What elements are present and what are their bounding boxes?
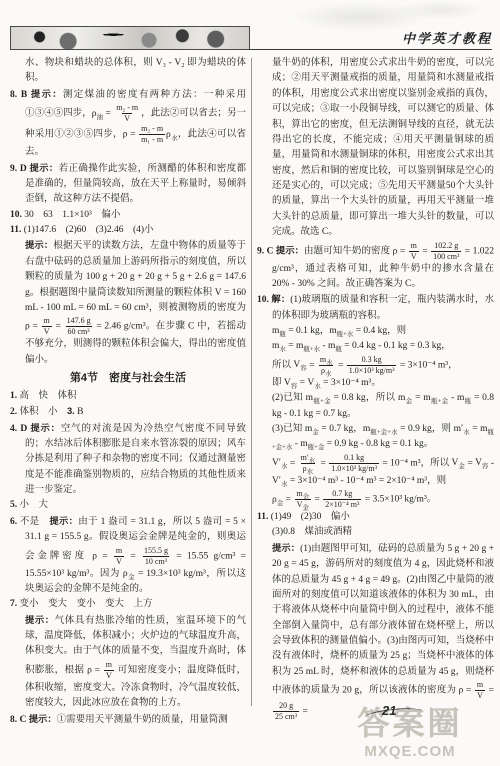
scan-smudge xyxy=(395,0,485,20)
bold-text: 3. xyxy=(67,406,75,416)
fraction: m水ρ水 xyxy=(318,355,335,376)
fraction: 0.1 kg1.0×10³ kg/m³ xyxy=(329,453,379,474)
left-column: 水、物块和蜡块的总体积，则 V₃ - V₂ 即为蜡块的体积。8. B 提示：测定… xyxy=(10,56,246,766)
item-number: 4. D xyxy=(10,424,30,434)
item-number: 11. xyxy=(257,512,271,522)
header-rule: 中学英才教程 xyxy=(250,21,492,50)
subscripted-symbol: m金 xyxy=(398,393,412,403)
bold-text: 提示： xyxy=(276,245,304,255)
answer-paragraph: 5. 小 大 xyxy=(10,498,246,513)
answer-paragraph: m水 = m瓶+水 - m瓶 = 0.4 kg - 0.1 kg = 0.3 k… xyxy=(257,339,494,354)
page-number: 21 xyxy=(382,703,396,718)
subscripted-symbol: m瓶+水 xyxy=(329,326,353,336)
subscripted-symbol: m瓶+金+水 xyxy=(363,424,398,434)
item-number: 7. xyxy=(10,599,20,609)
bold-text: 提示： xyxy=(49,516,78,526)
answer-paragraph: 量牛奶的体积，用密度公式求出牛奶的密度，可以完成；②用天平测量戒指的质量，用量筒… xyxy=(257,56,494,241)
answer-paragraph: 9. D 提示：若正确操作此实验，所测醋的体积和密度都是准确的，但量筒较高，放在… xyxy=(10,161,246,208)
answer-columns: 水、物块和蜡块的总体积，则 V₃ - V₂ 即为蜡块的体积。8. B 提示：测定… xyxy=(10,56,494,766)
subscripted-symbol: m瓶+金 xyxy=(306,393,331,403)
watermark: 21 答案圈 MXQE.COM xyxy=(330,707,490,760)
answer-site-url: MXQE.COM xyxy=(330,743,490,760)
item-number: 9. D xyxy=(10,164,30,174)
item-number: 8. B xyxy=(10,90,31,100)
fraction: 20 g25 cm³ xyxy=(273,701,299,722)
subscripted-symbol: ρ水 xyxy=(166,130,178,140)
bold-text: 提示： xyxy=(30,423,60,433)
fraction: 147.6 g60 cm³ xyxy=(65,316,93,337)
bold-text: 提示： xyxy=(30,163,59,173)
item-number: 2. xyxy=(10,407,20,417)
subscripted-symbol: m瓶 xyxy=(457,393,471,403)
subscripted-symbol: m瓶+水 xyxy=(296,341,320,351)
answer-paragraph: 水、物块和蜡块的总体积，则 V₃ - V₂ 即为蜡块的体积。 xyxy=(10,56,246,87)
subscripted-symbol: V金 xyxy=(452,458,465,468)
bold-text: 提示： xyxy=(25,240,53,250)
fraction: m′水ρ水 xyxy=(299,453,317,474)
subscripted-symbol: V容 xyxy=(475,458,488,468)
subscripted-symbol: V容 xyxy=(293,360,306,370)
answer-paragraph: 8. C 提示：①需要用天平测量牛奶的质量，用量筒测 xyxy=(10,712,246,728)
subscripted-symbol: m水 xyxy=(320,355,333,364)
subscripted-symbol: ρ水 xyxy=(321,366,332,375)
fraction: mV xyxy=(104,660,114,681)
answer-paragraph: (2)已知 m瓶+金 = 0.8 kg，所以 m金 = m瓶+金 - m瓶 = … xyxy=(257,391,494,422)
item-number: 10. xyxy=(10,210,24,220)
answer-paragraph: 所以 V容 = m水ρ水 = 0.3 kg1.0×10³ kg/m³ = 3×1… xyxy=(257,355,494,376)
fraction: 102.2 g100 cm³ xyxy=(431,241,461,262)
subscripted-symbol: ρ水 xyxy=(303,464,314,473)
item-number: 10. xyxy=(257,295,271,305)
answer-paragraph: m瓶 = 0.1 kg，m瓶+水 = 0.4 kg，则 xyxy=(257,324,494,339)
answer-paragraph: 11. (1)147.6 (2)60 (3)2.46 (4)小 xyxy=(10,223,246,238)
answer-paragraph: 6. 不是 提示：由于 1 盎司 = 31.1 g，所以 5 盎司 = 5 × … xyxy=(10,514,246,598)
section-heading: 第4节 密度与社会生活 xyxy=(10,368,246,389)
subscripted-symbol: m金 xyxy=(296,489,309,498)
fraction: mV xyxy=(409,241,419,262)
fraction: m金V金 xyxy=(294,489,311,510)
subscripted-symbol: m瓶 xyxy=(272,326,286,336)
page-header: 中学英才教程 xyxy=(10,24,492,50)
answer-paragraph: 10. 解：(1)玻璃瓶的质量和容积一定，瓶内装满水时，水的体积即为玻璃瓶的容积… xyxy=(257,292,494,324)
subscripted-symbol: V水 xyxy=(307,378,320,388)
subscripted-symbol: m瓶+金 xyxy=(423,393,448,403)
subscripted-symbol: ρ金 xyxy=(272,495,283,505)
answer-paragraph: 9. C 提示：由题可知牛奶的密度 ρ = mV = 102.2 g100 cm… xyxy=(257,241,494,293)
bold-text: 提示： xyxy=(31,89,63,99)
subscripted-symbol: V′水 xyxy=(272,458,287,468)
fraction: mV xyxy=(114,546,124,567)
bold-text: 提示： xyxy=(25,615,55,625)
subscripted-symbol: V容 xyxy=(284,378,297,388)
bold-text: 提示： xyxy=(272,543,300,553)
answer-paragraph: (3)已知 m金 = 0.7 kg，m瓶+金+水 = 0.9 kg，则 m′水 … xyxy=(257,422,494,453)
workbook-answer-page: 中学英才教程 水、物块和蜡块的总体积，则 V₃ - V₂ 即为蜡块的体积。8. … xyxy=(0,0,500,766)
item-number: 1. xyxy=(10,391,20,401)
subscripted-symbol: m′水 xyxy=(301,453,315,462)
bold-text: 提示： xyxy=(29,714,57,724)
answer-paragraph: V′水 = m′水ρ水 = 0.1 kg1.0×10³ kg/m³ = 10⁻⁴… xyxy=(257,453,494,489)
answer-paragraph: 4. D 提示：空气的对流是因为冷热空气密度不同导致的；水结冰后体积膨胀是自来水… xyxy=(10,421,246,499)
subscripted-symbol: ρ金 xyxy=(123,569,135,579)
subscripted-symbol: m瓶 xyxy=(328,341,342,351)
subscripted-symbol: m水 xyxy=(272,341,286,351)
answer-paragraph: 7. 变小 变大 变小 变大 上方 xyxy=(10,597,246,612)
right-column: 量牛奶的体积，用密度公式求出牛奶的密度，可以完成；②用天平测量戒指的质量，用量筒… xyxy=(257,56,494,766)
item-number: 6. xyxy=(10,517,20,527)
answer-paragraph: 10. 30 63 1.1×10³ 偏小 xyxy=(10,208,246,223)
subscripted-symbol: m金 xyxy=(305,424,319,434)
fraction: mV xyxy=(475,680,485,701)
fraction: 155.5 g10 cm³ xyxy=(142,546,170,567)
answer-paragraph: 1. 高 快 体积 xyxy=(10,389,246,404)
answer-paragraph: 提示：(1)由题图甲可知，砝码的总质量为 5 g + 20 g + 20 g =… xyxy=(257,541,494,722)
answer-paragraph: 即 V容 = V水 = 3×10⁻⁴ m³。 xyxy=(257,376,494,391)
item-number: 8. C xyxy=(10,715,29,725)
answer-paragraph: 2. 体积 小 3. B xyxy=(10,404,246,420)
answer-paragraph: ρ金 = m金V金 = 0.7 kg2×10⁻⁴ m³ = 3.5×10³ kg… xyxy=(257,489,494,510)
answer-paragraph: 11. (1)49 (2)30 偏小 xyxy=(257,510,494,525)
subscripted-symbol: V金 xyxy=(297,500,309,509)
item-number: 5. xyxy=(10,500,20,510)
answer-paragraph: 提示：根据天平的读数方法，左盘中物体的质量等于右盘中砝码的总质量加上游码所指示的… xyxy=(10,238,246,368)
fraction: m₂ - mm₁ - m xyxy=(139,124,165,145)
fraction: 0.3 kg1.0×10³ kg/m³ xyxy=(347,355,397,376)
subscripted-symbol: m′水 xyxy=(454,424,470,434)
answer-paragraph: (3)0.8 煤油或酒精 xyxy=(257,525,494,540)
subscripted-symbol: V′水 xyxy=(272,476,287,486)
answer-paragraph: 8. B 提示：测定煤油的密度有两种方法：一种采用①③④⑤四步，ρ油 = m₂ … xyxy=(10,87,246,161)
book-title: 中学英才教程 xyxy=(402,28,492,47)
fraction: mV xyxy=(42,316,52,337)
answer-paragraph: 提示：气体具有热胀冷缩的性质，室温环境下的气球，温度降低，体积减小；火炉边的气球… xyxy=(10,613,246,712)
fraction: m₂ - mV xyxy=(114,103,140,124)
bold-text: 解： xyxy=(271,294,290,304)
subscripted-symbol: ρ油 xyxy=(92,109,103,119)
item-number: 11. xyxy=(10,225,24,235)
header-artwork-image xyxy=(10,26,250,50)
column-divider xyxy=(251,58,252,706)
subscripted-symbol: m瓶+金 xyxy=(300,439,324,449)
fraction: 0.7 kg2×10⁻⁴ m³ xyxy=(323,489,361,510)
item-number: 9. C xyxy=(257,246,276,256)
